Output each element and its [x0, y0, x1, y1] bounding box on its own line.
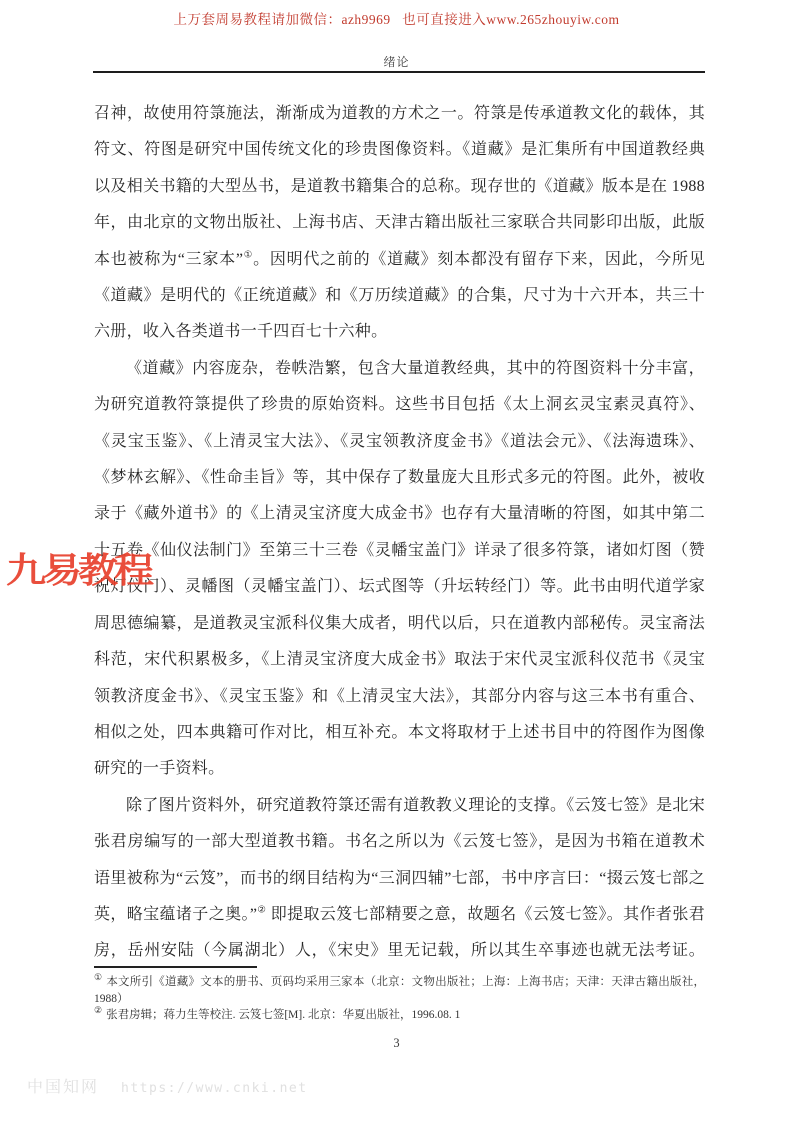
footnote-separator — [94, 966, 257, 968]
cnki-url-text: https://www.cnki.net — [121, 1081, 308, 1096]
paragraph-daozang-contents: 《道藏》内容庞杂，卷帙浩繁，包含大量道教经典，其中的符图资料十分丰富，为研究道教… — [94, 351, 705, 788]
ad-banner-text: 上万套周易教程请加微信：azh9969 也可直接进入www.265zhouyiw… — [0, 8, 793, 28]
header-rule — [93, 71, 705, 73]
red-watermark-text: 九易教程 — [6, 543, 150, 593]
cnki-logo-text: 中国知网 — [27, 1079, 99, 1096]
footnote-section: ①本文所引《道藏》文本的册书、页码均采用三家本（北京：文物出版社；上海：上海书店… — [94, 966, 705, 1024]
footnote-text-2: 张君房辑；蒋力生等校注. 云笈七签[M]. 北京：华夏出版社，1996.08. … — [106, 1009, 460, 1021]
paragraph-continuation: 召神，故使用符箓施法，渐渐成为道教的方术之一。符箓是传承道教文化的载体，其符文、… — [94, 96, 705, 351]
footnote-text-1: 本文所引《道藏》文本的册书、页码均采用三家本（北京：文物出版社；上海：上海书店；… — [94, 976, 705, 1005]
body-content: 召神，故使用符箓施法，渐渐成为道教的方术之一。符箓是传承道教文化的载体，其符文、… — [94, 96, 705, 968]
cnki-watermark: 中国知网https://www.cnki.net — [27, 1074, 308, 1097]
paragraph-yunji-qiqian: 除了图片资料外，研究道教符箓还需有道教教义理论的支撑。《云笈七签》是北宋张君房编… — [94, 788, 705, 968]
footnote-item-1: ①本文所引《道藏》文本的册书、页码均采用三家本（北京：文物出版社；上海：上海书店… — [94, 974, 705, 1007]
footnote-marker-1: ① — [94, 972, 102, 982]
document-page: 上万套周易教程请加微信：azh9969 也可直接进入www.265zhouyiw… — [0, 0, 793, 1121]
running-head-title: 绪论 — [0, 53, 793, 70]
footnote-marker-2: ② — [94, 1005, 102, 1015]
page-number: 3 — [0, 1036, 793, 1051]
footnote-item-2: ②张君房辑；蒋力生等校注. 云笈七签[M]. 北京：华夏出版社，1996.08.… — [94, 1007, 705, 1024]
